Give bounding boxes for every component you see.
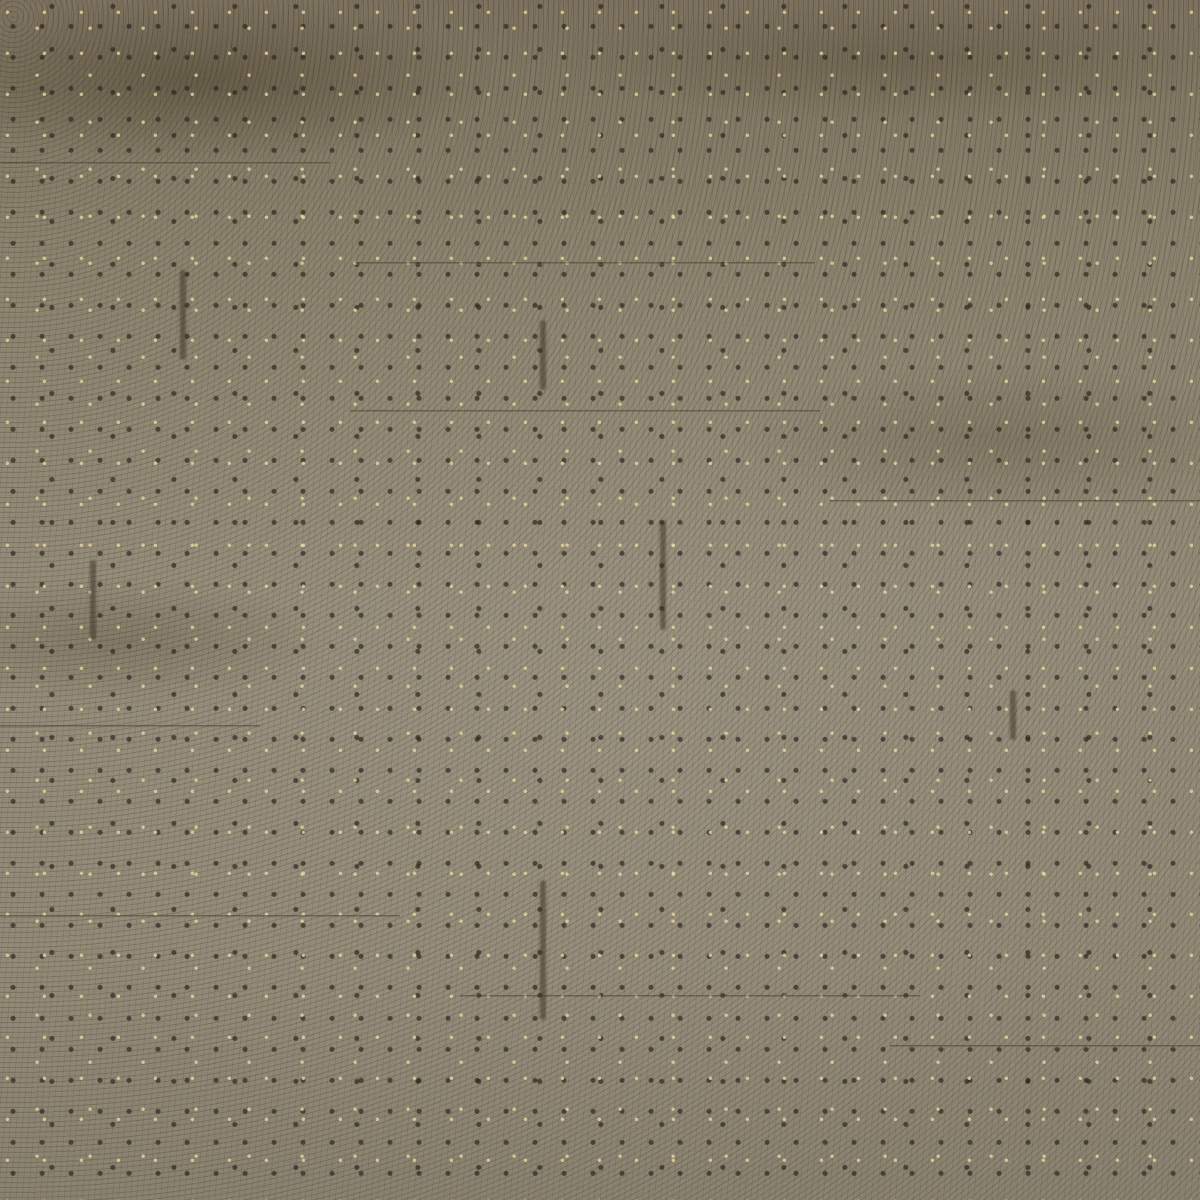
cork-wallpaper-texture: [0, 0, 1200, 1200]
tile-seam: [350, 410, 820, 413]
dark-streak: [660, 520, 666, 630]
dark-streak: [90, 560, 96, 640]
tile-seam: [0, 725, 260, 728]
tile-seam: [890, 1045, 1200, 1048]
dark-streak: [1010, 690, 1016, 740]
dark-streak: [180, 270, 186, 360]
dark-streak: [540, 880, 546, 1020]
tile-seam: [355, 262, 815, 265]
tile-seam: [830, 500, 1200, 503]
tile-seam: [460, 995, 920, 998]
tile-seam: [0, 915, 400, 918]
dark-streak: [540, 320, 546, 390]
fleck-overlay: [0, 0, 1200, 1200]
tile-seam: [0, 162, 330, 165]
